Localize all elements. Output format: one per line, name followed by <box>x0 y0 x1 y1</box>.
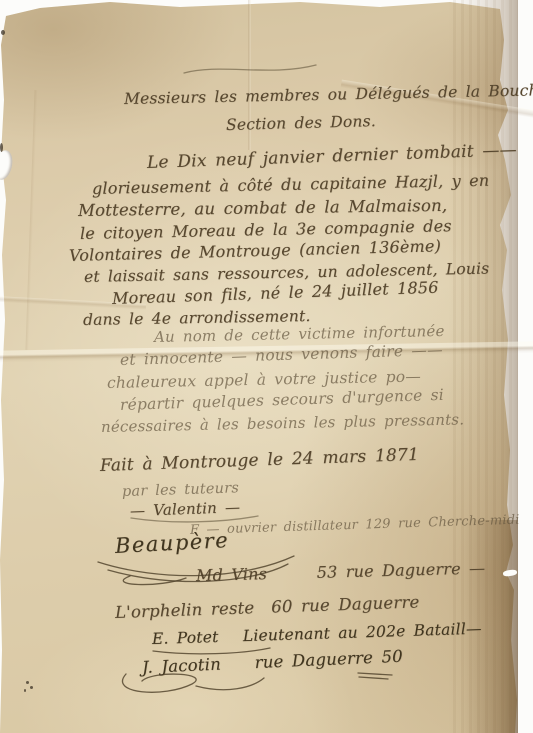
handwritten-line: — Valentin — <box>130 498 241 520</box>
ink-speck <box>24 689 26 692</box>
ink-speck <box>30 686 33 689</box>
photo-background: Messieurs les membres ou Délégués de la … <box>0 0 533 733</box>
ink-speck <box>0 143 3 152</box>
ink-speck <box>26 681 29 684</box>
ink-speck <box>1 30 5 35</box>
